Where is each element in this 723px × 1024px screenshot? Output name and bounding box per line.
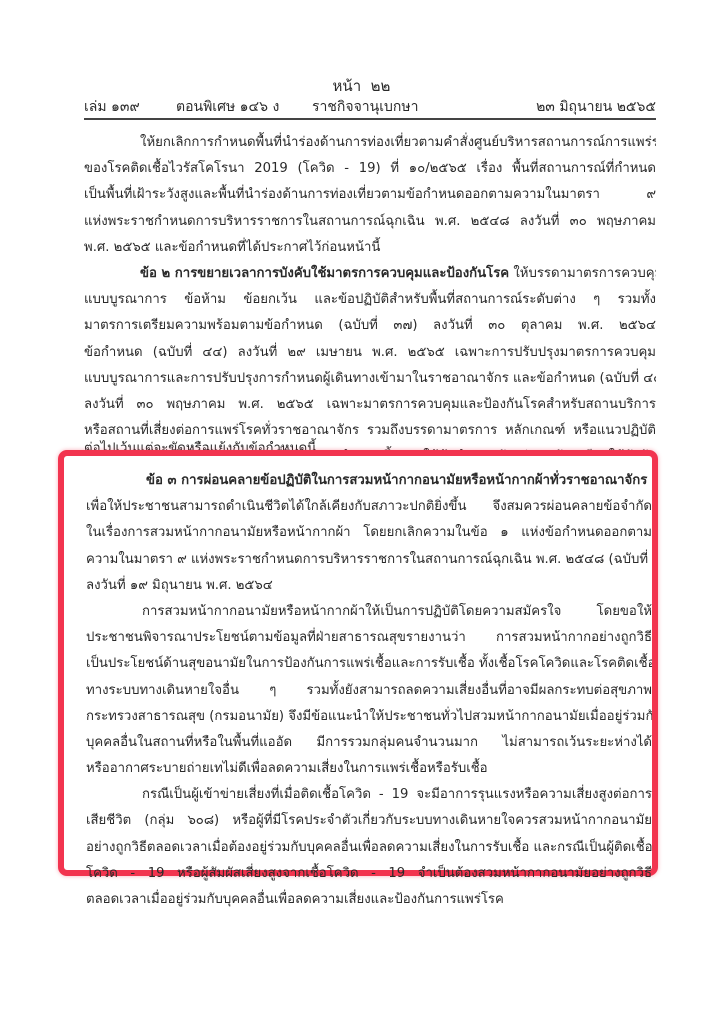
publication-date: ๒๓ มิถุนายน ๒๕๖๕ bbox=[536, 96, 656, 118]
publication-name: ราชกิจจานุเบกษา bbox=[312, 96, 418, 118]
volume: เล่ม ๑๓๙ bbox=[84, 96, 140, 118]
section: ตอนพิเศษ ๑๔๖ ง bbox=[176, 96, 279, 118]
paragraph-1: ให้ยกเลิกการกำหนดพื้นที่นำร่องด้านการท่อ… bbox=[84, 130, 656, 261]
clause-2-heading-line: ข้อ ๒ การขยายเวลาการบังคับใช้มาตรการควบค… bbox=[84, 261, 656, 287]
page-number: หน้า ๒๒ bbox=[0, 74, 723, 98]
gazette-header: เล่ม ๑๓๙ ตอนพิเศษ ๑๔๖ ง ราชกิจจานุเบกษา … bbox=[84, 96, 656, 120]
clause-2-heading: ข้อ ๒ การขยายเวลาการบังคับใช้มาตรการควบค… bbox=[140, 266, 509, 281]
clause-3: ข้อ ๓ การผ่อนคลายข้อปฏิบัติในการสวมหน้าก… bbox=[86, 468, 652, 913]
highlight-box: ข้อ ๓ การผ่อนคลายข้อปฏิบัติในการสวมหน้าก… bbox=[58, 450, 658, 876]
clipped-line: ต่อไปเว้นแต่จะขัดหรือแย้งกับข้อกำหนดนี้ bbox=[84, 437, 656, 451]
clause-3-heading: ข้อ ๓ การผ่อนคลายข้อปฏิบัติในการสวมหน้าก… bbox=[86, 468, 652, 494]
